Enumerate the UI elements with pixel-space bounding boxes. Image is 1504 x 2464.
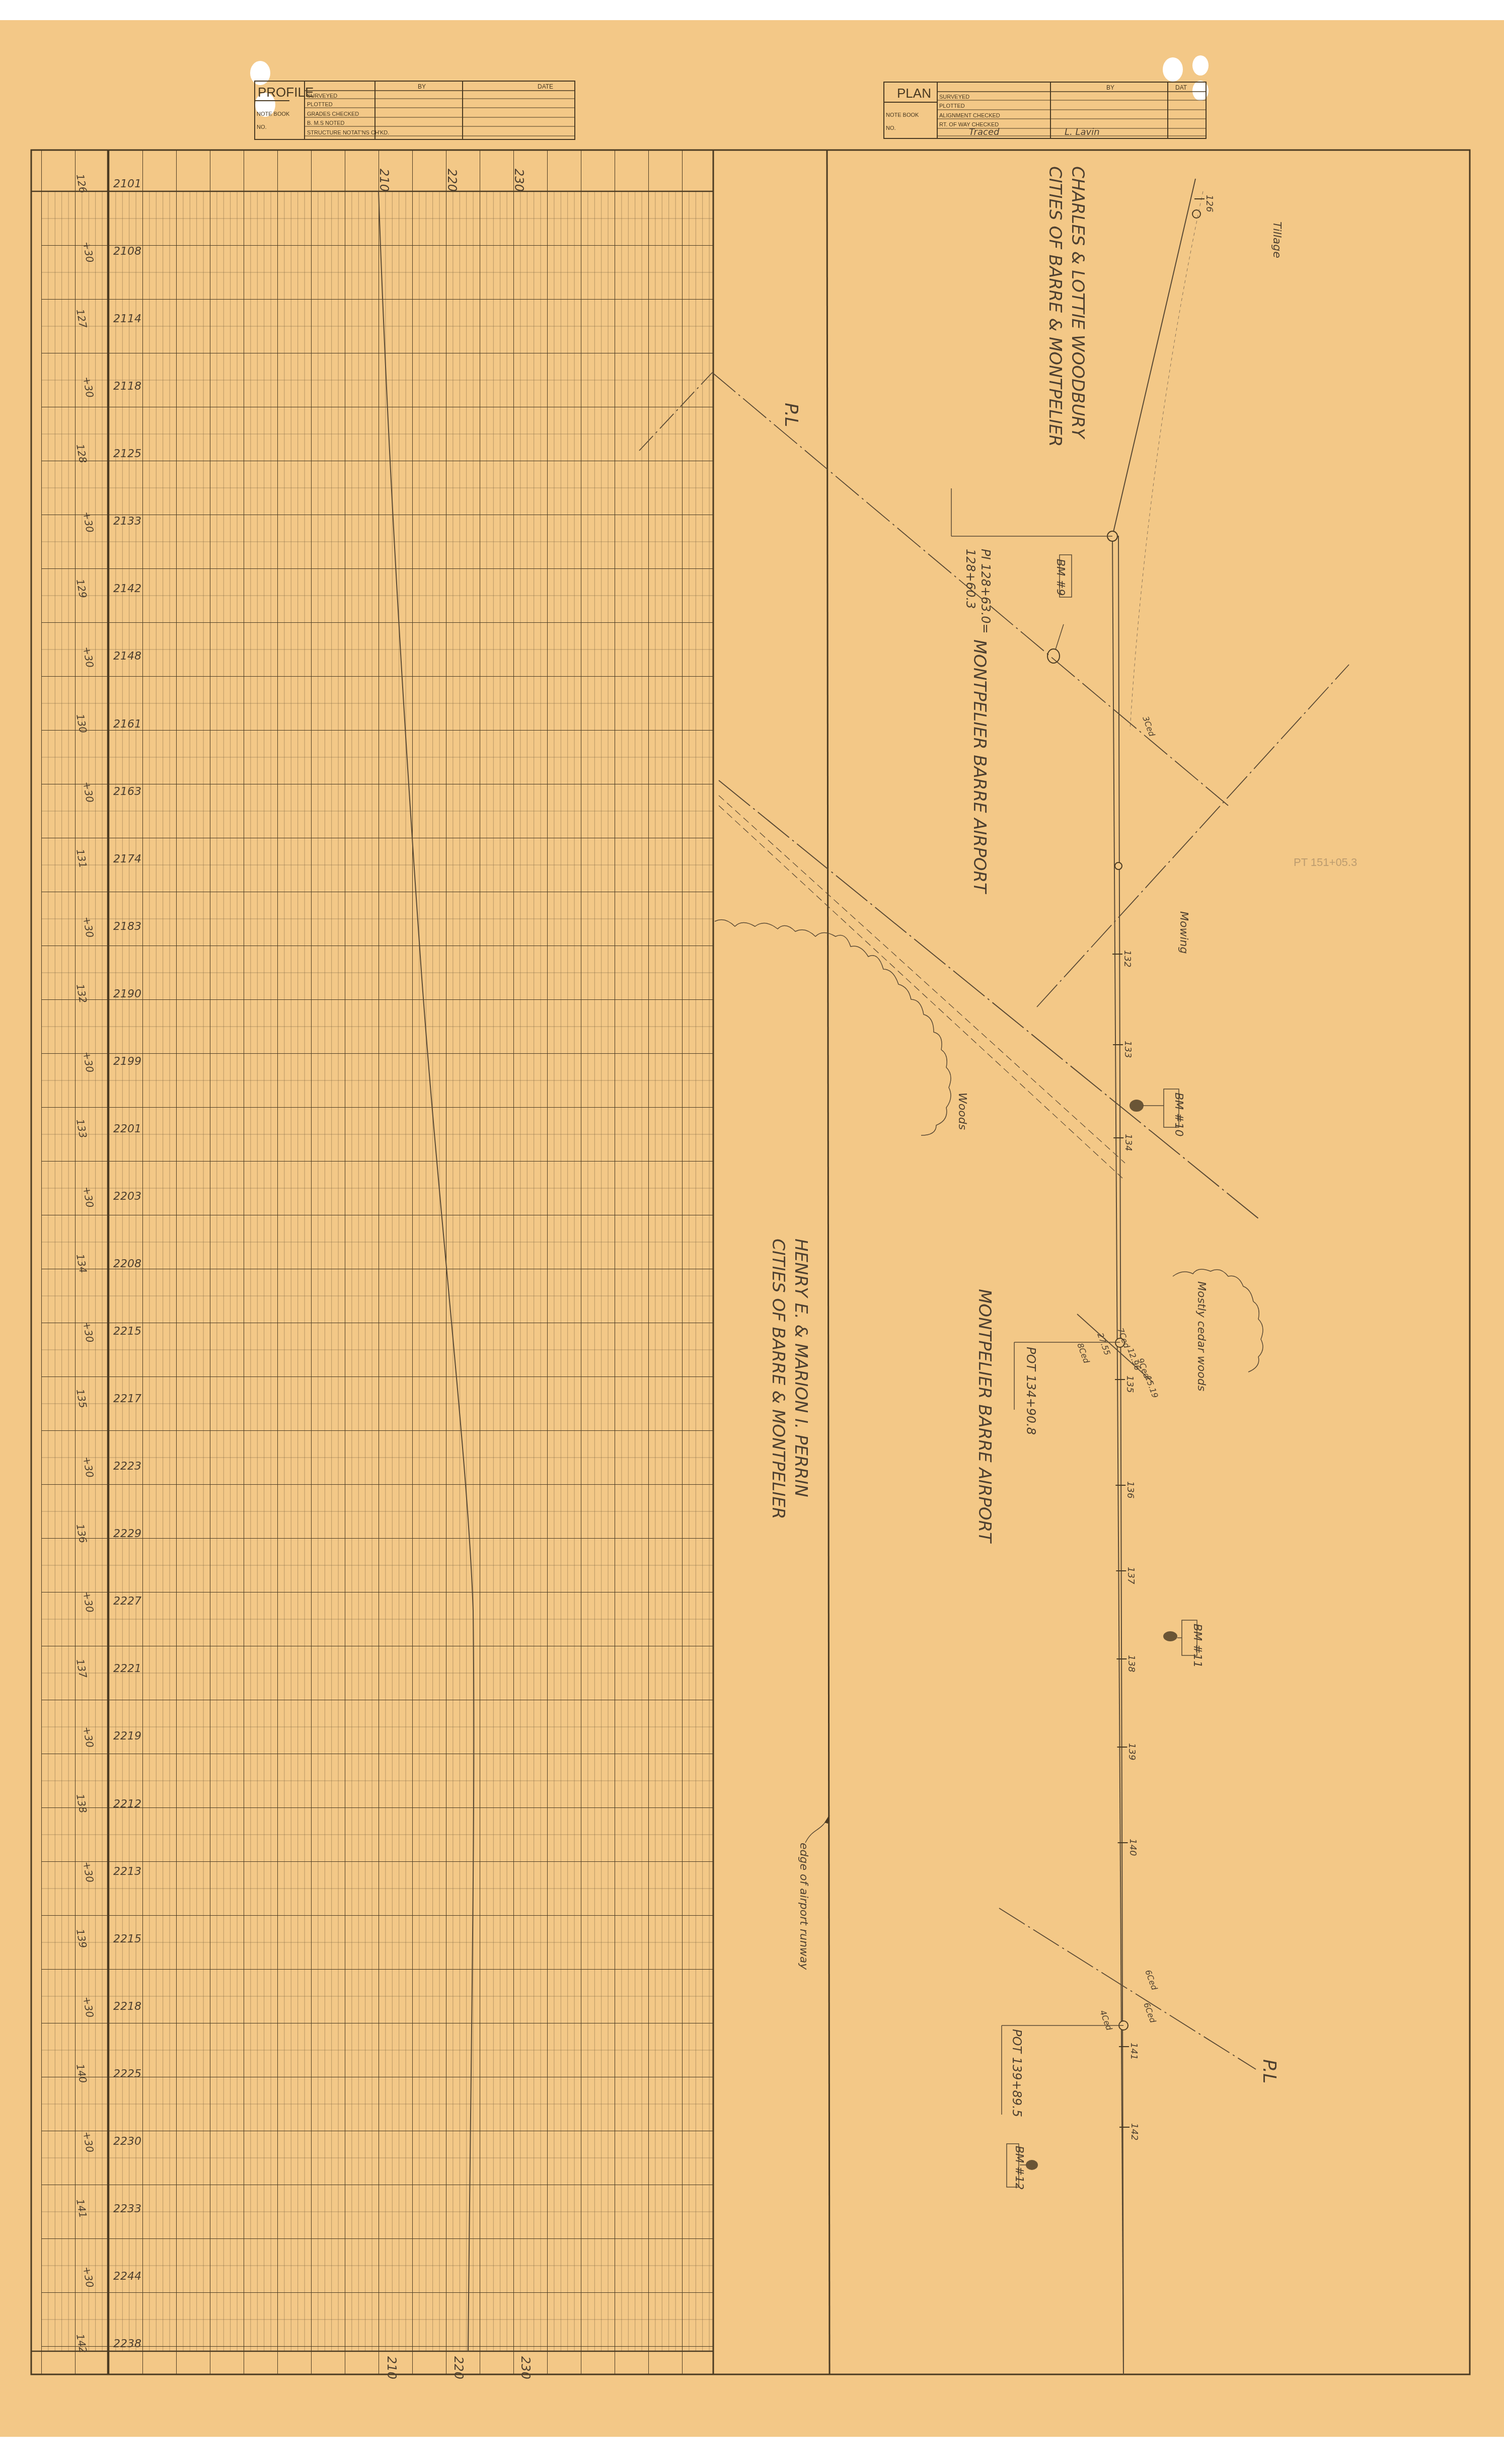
bm9-label: BM #9 [1054, 559, 1067, 596]
svg-text:220: 220 [452, 2356, 466, 2379]
profile-elevation-label: 2190 [113, 988, 141, 1000]
profile-elevation-label: 2221 [113, 1662, 141, 1675]
station-tick-label: 139 [1126, 1743, 1137, 1760]
station-tick-label: 140 [1127, 1839, 1138, 1856]
profile-elevation-label: 2244 [113, 2270, 141, 2283]
woodbury-owner: CHARLES & LOTTIE WOODBURY [1068, 166, 1088, 440]
profile-elevation-label: 2219 [113, 1730, 141, 1743]
profile-elevation-label: 2148 [113, 650, 141, 663]
pot-upper-label: POT 134+90.8 [1024, 1347, 1038, 1435]
profile-elevation-label: 2163 [113, 785, 141, 798]
airport-label-upper: MONTPELIER BARRE AIRPORT [969, 639, 990, 894]
woods-note: Woods [956, 1093, 968, 1130]
profile-elevation-label: 2161 [113, 718, 141, 731]
plan-col-by: BY [1106, 84, 1114, 91]
perrin-cities: CITIES OF BARRE & MONTPELIER [768, 1239, 788, 1519]
plan-col-date: DAT [1175, 84, 1187, 91]
profile-row-grades: GRADES CHECKED [307, 111, 359, 117]
faint-pt-label: PT 151+05.3 [1294, 856, 1357, 868]
station-tick-label: 141 [1129, 2043, 1139, 2060]
profile-elevation-label: 2215 [113, 1325, 141, 1338]
plan-title: PLAN [897, 86, 931, 101]
profile-elevation-label: 2125 [113, 448, 141, 460]
profile-row-structure: STRUCTURE NOTAT'NS CH'KD. [307, 130, 389, 136]
profile-elevation-label: 2212 [113, 1798, 141, 1810]
profile-row-surveyed: SURVEYED [307, 93, 337, 99]
profile-elevation-label: 2223 [113, 1460, 141, 1473]
plan-row-alignment: ALIGNMENT CHECKED [939, 113, 1000, 119]
woodbury-cities: CITIES OF BARRE & MONTPELIER [1045, 166, 1065, 447]
profile-elevation-label: 2208 [113, 1258, 141, 1270]
mowing-note: Mowing [1177, 911, 1190, 954]
perrin-owner: HENRY E. & MARION I. PERRIN [791, 1239, 811, 1497]
profile-elevation-label: 2133 [113, 515, 141, 528]
profile-elevation-label: 2225 [113, 2068, 141, 2080]
profile-elevation-label: 2199 [113, 1055, 141, 1068]
pc-point [1192, 210, 1200, 218]
profile-no-label: NO. [257, 124, 267, 130]
pot-lower-label: POT 139+89.5 [1010, 2029, 1024, 2117]
station-tick-label: 126 [1204, 195, 1215, 212]
profile-elevation-label: 2218 [113, 2000, 141, 2013]
station-tick-label: 142 [1129, 2123, 1140, 2140]
profile-elevation-label: 2229 [113, 1528, 141, 1540]
plan-traced-by: L. Lavin [1065, 127, 1100, 137]
station-tick-label: 138 [1126, 1655, 1137, 1672]
station-tick-label: 133 [1122, 1041, 1133, 1058]
plan-row-surveyed: SURVEYED [939, 94, 969, 100]
tillage-note: Tillage [1270, 222, 1283, 258]
svg-text:220: 220 [445, 169, 459, 192]
svg-text:210: 210 [385, 2356, 399, 2379]
profile-row-plotted: PLOTTED [307, 102, 333, 108]
station-tick-label: 137 [1125, 1567, 1136, 1584]
station-tick-label: 132 [1122, 950, 1133, 967]
profile-elevation-label: 2238 [113, 2338, 141, 2350]
profile-elevation-label: 2233 [113, 2203, 141, 2215]
profile-col-date: DATE [538, 83, 553, 90]
profile-row-bms: B. M.S NOTED [307, 120, 345, 126]
pl-label-upper: P.L [781, 403, 801, 427]
profile-elevation-label: 2142 [113, 583, 141, 595]
bm11-label: BM #11 [1191, 1624, 1204, 1668]
bm12-label: BM #12 [1013, 2146, 1025, 2190]
runway-edge-note: edge of airport runway [797, 1843, 810, 1970]
pl-label-lower: P.L [1259, 2059, 1280, 2083]
profile-elevation-label: 2227 [113, 1595, 141, 1608]
profile-elevation-label: 2215 [113, 1933, 141, 1945]
plan-row-plotted: PLOTTED [939, 103, 965, 109]
plan-traced-label: Traced [969, 127, 1000, 137]
station-tick-label: 134 [1123, 1134, 1134, 1151]
profile-elevation-label: 2101 [113, 178, 141, 190]
airport-label-lower: MONTPELIER BARRE AIRPORT [974, 1289, 995, 1544]
profile-elevation-label: 2183 [113, 920, 141, 933]
pi-label-2: 128+60.3 [963, 549, 977, 609]
svg-text:230: 230 [512, 169, 526, 192]
profile-elevation-label: 2201 [113, 1123, 141, 1135]
profile-elevation-label: 2230 [113, 2135, 141, 2148]
profile-elevation-label: 2213 [113, 1865, 141, 1878]
plan-profile-sheet: PROFILE BY DATE SURVEYED PLOTTED GRADES … [0, 0, 1504, 2464]
profile-elevation-label: 2217 [113, 1393, 141, 1405]
profile-elevation-label: 2108 [113, 245, 141, 258]
profile-notebook-label: NOTE BOOK [257, 111, 290, 117]
plan-no-label: NO. [886, 125, 896, 131]
profile-elevation-label: 2203 [113, 1190, 141, 1203]
profile-elevation-label: 2174 [113, 853, 141, 865]
svg-text:210: 210 [377, 169, 391, 192]
station-tick-label: 135 [1124, 1375, 1135, 1393]
svg-text:230: 230 [518, 2356, 533, 2379]
station-tick-label: 136 [1125, 1481, 1136, 1498]
profile-title: PROFILE [258, 85, 314, 100]
profile-elevation-label: 2118 [113, 380, 141, 393]
plan-notebook-label: NOTE BOOK [886, 112, 919, 118]
bm10-label: BM #10 [1172, 1093, 1185, 1137]
profile-col-by: BY [418, 83, 426, 90]
cedar-woods-note: Mostly cedar woods [1195, 1281, 1208, 1391]
profile-elevation-label: 2114 [113, 313, 141, 325]
pi-label-1: PI 128+63.0= [979, 549, 993, 634]
